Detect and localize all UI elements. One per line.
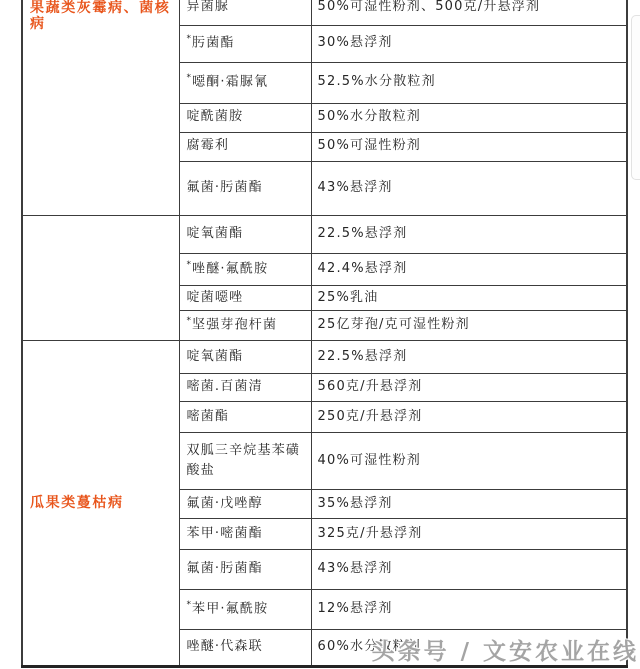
formulation-cell: 43%悬浮剂: [311, 549, 627, 589]
chemical-name: 氟菌·戊唑醇: [187, 496, 263, 511]
formulation-cell: 43%悬浮剂: [311, 161, 627, 215]
chemical-name: 异菌脲: [187, 0, 230, 14]
chemical-name-cell: 氟菌·肟菌酯: [179, 549, 311, 589]
chemical-name: 腐霉利: [187, 138, 230, 153]
chemical-name: 唑醚·氟酰胺: [192, 261, 268, 276]
chemical-name-cell: 苯甲·嘧菌酯: [179, 518, 311, 549]
chemical-name-cell: 嘧菌.百菌清: [179, 373, 311, 401]
chemical-name-cell: *肟菌酯: [179, 25, 311, 62]
formulation-cell: 25%乳油: [311, 285, 627, 310]
formulation-cell: 325克/升悬浮剂: [311, 518, 627, 549]
formulation-cell: 50%水分散粒剂: [311, 103, 627, 132]
chemical-name-cell: 啶菌噁唑: [179, 285, 311, 310]
formulation-cell: 12%悬浮剂: [311, 589, 627, 629]
formulation-cell: 25亿芽孢/克可湿性粉剂: [311, 310, 627, 340]
note-mark: *: [187, 600, 192, 610]
chemical-name: 氟菌·肟菌酯: [187, 180, 263, 195]
chemical-name-cell: 啶氧菌酯: [179, 340, 311, 373]
chemical-name: 嘧菌酯: [187, 409, 230, 424]
chemical-name: 噁酮·霜脲氰: [192, 75, 268, 90]
chemical-name-cell: 嘧菌酯: [179, 401, 311, 432]
formulation-cell: 52.5%水分散粒剂: [311, 62, 627, 103]
chemical-name: 啶酰菌胺: [187, 109, 244, 124]
article-page: 果蔬类灰霉病、菌核病异菌脲50%可湿性粉剂、500克/升悬浮剂*肟菌酯30%悬浮…: [0, 0, 640, 669]
chemical-name-cell: *苯甲·氟酰胺: [179, 589, 311, 629]
chemical-name: 坚强芽孢杆菌: [192, 317, 277, 332]
category-cell: 果蔬类灰霉病、菌核病: [22, 0, 179, 215]
table-row: 啶氧菌酯22.5%悬浮剂: [22, 215, 627, 253]
chemical-name: 啶氧菌酯: [187, 226, 244, 241]
pesticide-table-body: 果蔬类灰霉病、菌核病异菌脲50%可湿性粉剂、500克/升悬浮剂*肟菌酯30%悬浮…: [22, 0, 627, 666]
chemical-name: 啶氧菌酯: [187, 349, 244, 364]
formulation-cell: 22.5%悬浮剂: [311, 215, 627, 253]
note-mark: *: [187, 73, 192, 83]
chemical-name-cell: *坚强芽孢杆菌: [179, 310, 311, 340]
chemical-name: 氟菌·肟菌酯: [187, 561, 263, 576]
watermark: 头条号 / 文安农业在线: [372, 633, 639, 666]
formulation-cell: 42.4%悬浮剂: [311, 253, 627, 285]
formulation-cell: 40%可湿性粉剂: [311, 432, 627, 489]
category-cell: 瓜果类蔓枯病: [22, 340, 179, 666]
note-mark: *: [187, 316, 192, 326]
formulation-cell: 250克/升悬浮剂: [311, 401, 627, 432]
category-cell: [22, 215, 179, 340]
chemical-name-cell: 氟菌·戊唑醇: [179, 489, 311, 518]
table-row: 瓜果类蔓枯病啶氧菌酯22.5%悬浮剂: [22, 340, 627, 373]
formulation-cell: 50%可湿性粉剂: [311, 132, 627, 161]
chemical-name-cell: 啶氧菌酯: [179, 215, 311, 253]
formulation-cell: 30%悬浮剂: [311, 25, 627, 62]
chemical-name: 苯甲·氟酰胺: [192, 601, 268, 616]
chemical-name-cell: 双胍三辛烷基苯磺酸盐: [179, 432, 311, 489]
chemical-name-cell: 氟菌·肟菌酯: [179, 161, 311, 215]
chemical-name-cell: 腐霉利: [179, 132, 311, 161]
formulation-cell: 22.5%悬浮剂: [311, 340, 627, 373]
chemical-name: 肟菌酯: [192, 36, 235, 51]
formulation-cell: 50%可湿性粉剂、500克/升悬浮剂: [311, 0, 627, 25]
chemical-name-cell: *唑醚·氟酰胺: [179, 253, 311, 285]
chemical-name: 双胍三辛烷基苯磺酸盐: [187, 443, 301, 478]
chemical-name: 啶菌噁唑: [187, 290, 244, 305]
note-mark: *: [187, 34, 192, 44]
formulation-cell: 35%悬浮剂: [311, 489, 627, 518]
chemical-name: 苯甲·嘧菌酯: [187, 526, 263, 541]
right-edge-panel: [631, 15, 640, 180]
chemical-name-cell: 啶酰菌胺: [179, 103, 311, 132]
note-mark: *: [187, 260, 192, 270]
chemical-name-cell: 异菌脲: [179, 0, 311, 25]
chemical-name-cell: *噁酮·霜脲氰: [179, 62, 311, 103]
formulation-cell: 560克/升悬浮剂: [311, 373, 627, 401]
chemical-name-cell: 唑醚·代森联: [179, 629, 311, 666]
chemical-name: 唑醚·代森联: [187, 639, 263, 654]
chemical-name: 嘧菌.百菌清: [187, 379, 263, 394]
table-row: 果蔬类灰霉病、菌核病异菌脲50%可湿性粉剂、500克/升悬浮剂: [22, 0, 627, 25]
pesticide-table: 果蔬类灰霉病、菌核病异菌脲50%可湿性粉剂、500克/升悬浮剂*肟菌酯30%悬浮…: [21, 0, 628, 668]
